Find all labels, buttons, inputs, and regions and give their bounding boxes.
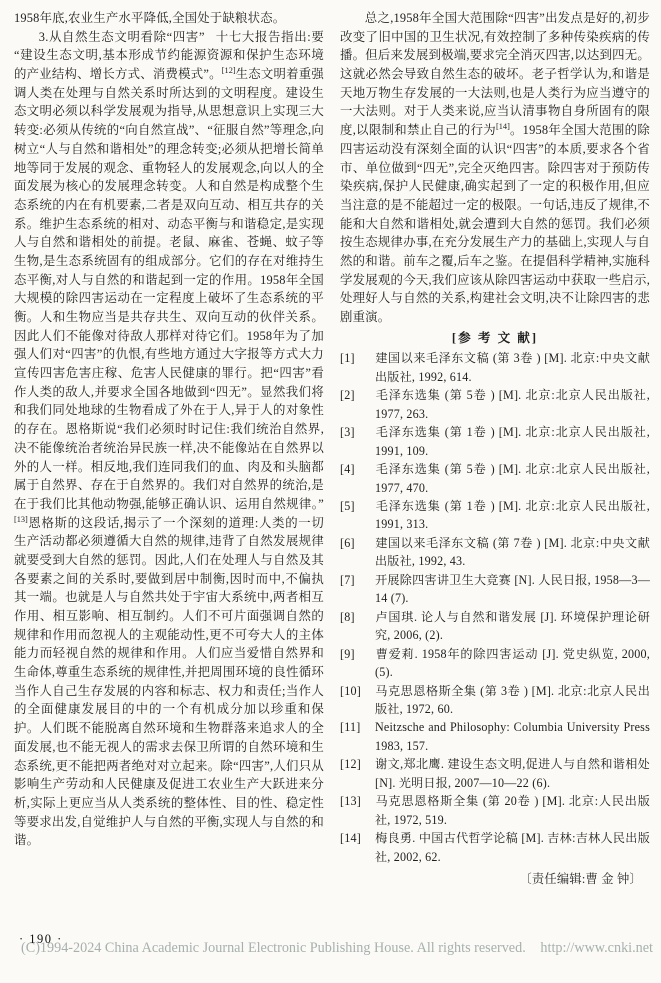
references-heading: [参 考 文 献] [340, 329, 650, 348]
reference-number: [4] [340, 460, 371, 478]
journal-page: 1958年底,农业生产水平降低,全国处于缺粮状态。 3.从自然生态文明看除“四害… [0, 0, 661, 983]
reference-item: [7]开展除四害讲卫生大竞赛 [N]. 人民日报, 1958—3—14 (7). [340, 571, 650, 608]
reference-text: 马克思恩格斯全集 (第 3卷 ) [M]. 北京:北京人民出版社, 1972, … [375, 684, 650, 716]
reference-number: [11] [340, 718, 371, 736]
reference-item: [3]毛泽东选集 (第 1卷 ) [M]. 北京:北京人民出版社, 1991, … [340, 423, 650, 460]
reference-text: 曹爱莉. 1958年的除四害运动 [J]. 党史纵览, 2000, (5). [375, 647, 650, 679]
reference-number: [6] [340, 534, 371, 552]
reference-text: 马克思恩格斯全集 (第 20卷 ) [M]. 北京:人民出版社, 1972, 5… [375, 794, 650, 826]
page-number: · 190 · [19, 932, 63, 947]
left-column: 1958年底,农业生产水平降低,全国处于缺粮状态。 3.从自然生态文明看除“四害… [14, 9, 324, 889]
reference-text: 建国以来毛泽东文稿 (第 7卷 ) [M]. 北京:中央文献出版社, 1992,… [375, 536, 650, 568]
references-list: [1]建国以来毛泽东文稿 (第 3卷 ) [M]. 北京:中央文献出版社, 19… [340, 349, 650, 866]
reference-item: [6]建国以来毛泽东文稿 (第 7卷 ) [M]. 北京:中央文献出版社, 19… [340, 534, 650, 571]
reference-number: [1] [340, 349, 371, 367]
reference-text: 卢国琪. 论人与自然和谐发展 [J]. 环境保护理论研究, 2006, (2). [375, 610, 650, 642]
right-column: 总之,1958年全国大范围除“四害”出发点是好的,初步改变了旧中国的卫生状况,有… [340, 9, 650, 889]
reference-item: [8]卢国琪. 论人与自然和谐发展 [J]. 环境保护理论研究, 2006, (… [340, 608, 650, 645]
reference-item: [5]毛泽东选集 (第 1卷 ) [M]. 北京:北京人民出版社, 1991, … [340, 497, 650, 534]
reference-number: [8] [340, 608, 371, 626]
reference-item: [9]曹爱莉. 1958年的除四害运动 [J]. 党史纵览, 2000, (5)… [340, 645, 650, 682]
reference-number: [3] [340, 423, 371, 441]
responsible-editor-note: 〔责任编辑:曹 金 钟〕 [340, 870, 650, 889]
reference-number: [7] [340, 571, 371, 589]
reference-number: [9] [340, 645, 371, 663]
reference-text: 毛泽东选集 (第 5卷 ) [M]. 北京:北京人民出版社, 1977, 263… [375, 388, 650, 420]
citation-superscript-13: [13] [14, 514, 28, 523]
reference-text: Neitzsche and Philosophy: Columbia Unive… [375, 720, 650, 752]
reference-item: [14]梅良勇. 中国古代哲学论稿 [M]. 吉林:吉林人民出版社, 2002,… [340, 829, 650, 866]
reference-number: [5] [340, 497, 371, 515]
citation-superscript-12: [12] [222, 66, 236, 75]
paragraph-continuation: 1958年底,农业生产水平降低,全国处于缺粮状态。 [14, 9, 324, 28]
reference-text: 毛泽东选集 (第 5卷 ) [M]. 北京:北京人民出版社, 1977, 470… [375, 462, 650, 494]
cnki-watermark: (C)1994-2024 China Academic Journal Elec… [21, 940, 653, 957]
reference-text: 开展除四害讲卫生大竞赛 [N]. 人民日报, 1958—3—14 (7). [375, 573, 650, 605]
body-text: 恩格斯的这段话,揭示了一个深刻的道理:人类的一切生产活动都必须遵循大自然的规律,… [14, 516, 324, 848]
reference-number: [12] [340, 755, 371, 773]
reference-text: 建国以来毛泽东文稿 (第 3卷 ) [M]. 北京:中央文献出版社, 1992,… [375, 351, 650, 383]
section-3-paragraph: 3.从自然生态文明看除“四害”十七大报告指出:要“建设生态文明,基本形成节约能源… [14, 28, 324, 850]
reference-item: [2]毛泽东选集 (第 5卷 ) [M]. 北京:北京人民出版社, 1977, … [340, 386, 650, 423]
reference-item: [11]Neitzsche and Philosophy: Columbia U… [340, 718, 650, 755]
reference-item: [10]马克思恩格斯全集 (第 3卷 ) [M]. 北京:北京人民出版社, 19… [340, 682, 650, 719]
reference-text: 梅良勇. 中国古代哲学论稿 [M]. 吉林:吉林人民出版社, 2002, 62. [375, 831, 650, 863]
reference-text: 毛泽东选集 (第 1卷 ) [M]. 北京:北京人民出版社, 1991, 109… [375, 425, 650, 457]
body-text: 。1958年全国大范围的除四害运动没有深刻全面的认识“四害”的本质,要求各个省市… [340, 123, 650, 324]
body-text: 总之,1958年全国大范围除“四害”出发点是好的,初步改变了旧中国的卫生状况,有… [340, 11, 650, 137]
reference-item: [1]建国以来毛泽东文稿 (第 3卷 ) [M]. 北京:中央文献出版社, 19… [340, 349, 650, 386]
reference-item: [4]毛泽东选集 (第 5卷 ) [M]. 北京:北京人民出版社, 1977, … [340, 460, 650, 497]
citation-superscript-14: [14] [496, 122, 510, 131]
reference-number: [13] [340, 792, 371, 810]
reference-number: [10] [340, 682, 371, 700]
reference-text: 毛泽东选集 (第 1卷 ) [M]. 北京:北京人民出版社, 1991, 313… [375, 499, 650, 531]
reference-item: [12]谢文,郑北鹰. 建设生态文明,促进人与自然和谐相处 [N]. 光明日报,… [340, 755, 650, 792]
copyright-text: (C)1994-2024 China Academic Journal Elec… [21, 940, 526, 957]
reference-text: 谢文,郑北鹰. 建设生态文明,促进人与自然和谐相处 [N]. 光明日报, 200… [375, 757, 650, 789]
conclusion-paragraph: 总之,1958年全国大范围除“四害”出发点是好的,初步改变了旧中国的卫生状况,有… [340, 9, 650, 327]
section-heading: 3.从自然生态文明看除“四害” [39, 30, 205, 44]
two-column-body: 1958年底,农业生产水平降低,全国处于缺粮状态。 3.从自然生态文明看除“四害… [14, 9, 651, 889]
body-text: 生态文明着重强调人类在处理与自然关系时所达到的文明程度。建设生态文明必须以科学发… [14, 67, 324, 511]
reference-number: [14] [340, 829, 371, 847]
cnki-url: http://www.cnki.net [540, 940, 653, 957]
reference-item: [13]马克思恩格斯全集 (第 20卷 ) [M]. 北京:人民出版社, 197… [340, 792, 650, 829]
reference-number: [2] [340, 386, 371, 404]
